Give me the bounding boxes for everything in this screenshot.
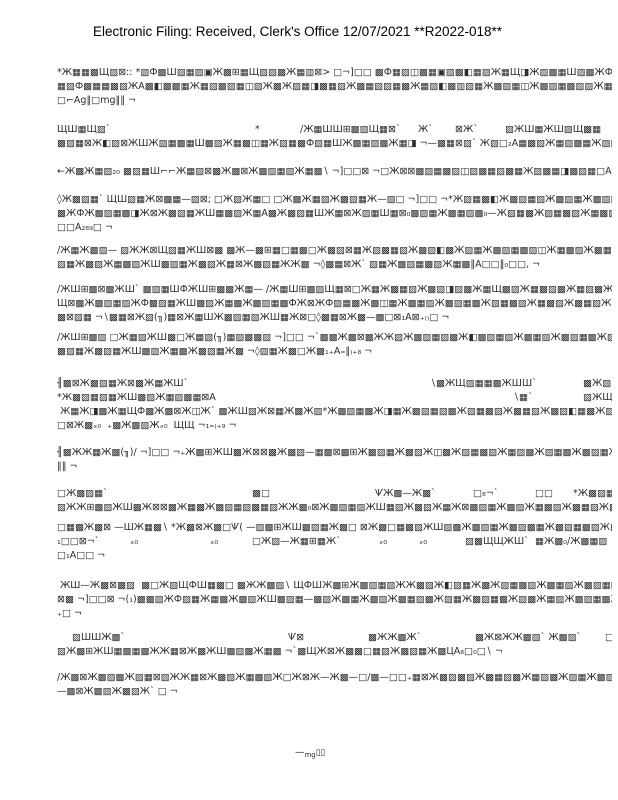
- body-line: ←Ж▩Ж▦▨₂₀ ▩▨▦Ш⌐⌐Ж▦▨⊠▩Ж▩⊠Ж▩▨▦▨Ж▦▩∖ ¬]□□⊠ ¬…: [57, 165, 612, 179]
- body-line: /ЖШ⊞▩▨ □Ж▦▨ЖШ▩□Ж▦▨(╖)▦▨▩▩▨ ¬]□□ ¬`▩▩Ж▩⊠▩…: [57, 331, 612, 345]
- column-seg: ₁□□⊠¬`: [57, 535, 99, 549]
- body-line: ‖‖ ¬: [57, 460, 612, 474]
- paragraph-1: *Ж▦▦▩Щ▨⊠ːː *▨Ф▩Ш▨▦▧▣Ж▩⊞▦Щ▧▨▩Ж▦▥⊠> □¬]□□ …: [57, 66, 612, 108]
- body-line: ▨Ж▩⊞ЖШ▦▩▦▩ЖЖ▦⊠Ж▩ЖШ▩▨▩Ж▦▩ ¬`▩ЩЖ⊠Ж▩▩□▦▨Ж▩▨…: [57, 645, 612, 659]
- body-line: ▩ЖФЖ▩▨▦▩◨Ж⊠Ж▩▨▦ЖШ▦▩▨Ж▦A▩Ж▩▨▦ШЖ▦⊠Ж▨▦Ш▦⊠₀▩…: [57, 207, 612, 221]
- subscript-row: ₁□□⊠¬` ₓ₀ ₓ₀ □Ж▨—Ж▦⊞▦Ж` ₓ₀ ₓ₀ ▨▩ЩЩЖШ` ▦Ж…: [57, 535, 612, 549]
- body-line: ⊠▩ ¬]□□⊠ ¬(₁)▩▩▨ЖФ▨▦Ж▦▩Ж▩▨ЖШ▩▨▦—▩▨Ж▩▦Ж▩▨…: [57, 593, 612, 607]
- body-line: ◊Ж▩▨▦` ЩШ▨▦Ж⊠▩▦—▨⊠; □Ж▨Ж▦□ □Ж▩Ж▦▨Ж▩▨▦Ж—▨…: [57, 193, 612, 207]
- body-line: ЖШ—Ж▩⊠▩▨ ▩□Ж▨ЩФШ▦▩□ ▩ЖЖ▩▨∖ ЩФШЖ▩⊞Ж▩▨▦▨ЖЖ…: [57, 579, 612, 593]
- paragraph-3: ←Ж▩Ж▦▨₂₀ ▩▨▦Ш⌐⌐Ж▦▨⊠▩Ж▩⊠Ж▩▨▦▨Ж▦▩∖ ¬]□□⊠ ¬…: [57, 165, 612, 179]
- body-line: *Ж▦▦▩Щ▨⊠ːː *▨Ф▩Ш▨▦▧▣Ж▩⊞▦Щ▧▨▩Ж▦▥⊠> □¬]□□ …: [57, 66, 612, 80]
- column-seg: ▩ЖЖ▩Ж`: [368, 631, 421, 645]
- case-caption-block: ЩШ▦Щ▨` * /Ж▦ШШ⊞▩▨Щ▦⊠` Ж` ⊠Ж` ▨ЖШ▦ЖШ▨Щ▩▦ …: [57, 123, 612, 151]
- document-page: Electronic Filing: Received, Clerk's Off…: [0, 0, 618, 800]
- column-seg: □Ж▩▨▦`: [57, 487, 108, 501]
- column-seg: ▨ШШЖ▩`: [72, 631, 125, 645]
- columns-row: □Ж▩▨▦` ▩□ ѰЖ▩—Ж▩` □₈¬` □□ *Ж▩▨▦Ж▨: [57, 487, 612, 501]
- signature-right: ▩Ж▨: [583, 377, 611, 391]
- column-seg: ▩Ж⊠ЖЖ▩▨` Ж▩▨`: [475, 631, 581, 645]
- caption-star: *: [255, 123, 260, 137]
- columns-block-1: □Ж▩▨▦` ▩□ ѰЖ▩—Ж▩` □₈¬` □□ *Ж▩▨▦Ж▨ ▨ЖЖ⊞▩▨…: [57, 487, 612, 515]
- body-line: ▩▨▦⊠Ж◧▨⊠ЖШЖ▨▦▩▦Ш▩▨Ж▦▩◫▦Ж▨▦▩Ф▨▦ШЖ▩▦▨▩Ж▦◨ …: [57, 137, 612, 151]
- paragraph-13: ЖШ—Ж▩⊠▩▨ ▩□Ж▨ЩФШ▦▩□ ▩ЖЖ▩▨∖ ЩФШЖ▩⊞Ж▩▨▦▨ЖЖ…: [57, 579, 612, 621]
- signature-left: ╢▩⊠Ж▩▨▦Ж⊠▩Ж▦ЖШ`: [57, 377, 188, 391]
- paragraph-6: /ЖШ⊞▩⊠▩ЖШ` ▩▨▦ШФЖШ⊞▩▩Ж▦— /Ж▦Ш⊞▩▨Щ▦⊠□Ж▦Ж▩…: [57, 283, 612, 325]
- body-line: □⌐Ag‖□mg‖‖ ¬: [57, 94, 612, 108]
- caption-seg: Ж`: [418, 123, 433, 137]
- body-line: —▩⊠Ж▩▨Ж▩▨Ж` □ ¬: [57, 685, 612, 699]
- footer-tofu-boxes: ▯▯: [316, 748, 325, 758]
- caption-left: ЩШ▦Щ▨`: [57, 123, 111, 137]
- filing-header: Electronic Filing: Received, Clerk's Off…: [93, 24, 502, 39]
- column-seg: ѰЖ▩—Ж▩`: [375, 487, 436, 501]
- body-line: □□A₂₈₉□ ¬: [57, 221, 612, 235]
- footer-page-number: —mg▯▯: [240, 746, 380, 762]
- body-line: ▦▨Ф▩▦▦▩▨ЖA▩◧▩▩▦Ж▦▧▩▨▦◫▨Ж▩Ж▨▦◨▩▦▨Ж▩▦▧▨▦▩Ж…: [57, 80, 612, 94]
- column-seg: □₈¬`: [473, 487, 499, 501]
- body-line: Ж▦Ж◨▩Ж▦ЩФ▩Ж▩⊠Ж◫Ж` ▩ЖШ▨Ж⊠▦Ж▩Ж▨*Ж▩▨▦▩Ж◨▦Ж▩…: [57, 405, 612, 419]
- body-line: ▩⊠▨▦ ¬∖▩▦⊠Ж▨(╖)▦⊠Ж▦ШЖ▩▨▦▨ЖШ▦Ж⊠□◊▩▦⊠Ж▩—▩□…: [57, 311, 612, 325]
- block-12: □▦▩Ж▩⊠ —ШЖ▦▩∖ *Ж▩⊠Ж▩□Ѱ( —▨▩⊞ЖШ▩▨▦Ж▩□ ⊠Ж▩…: [57, 521, 612, 563]
- signature-row: ╢▩⊠Ж▩▨▦Ж⊠▩Ж▦ЖШ` ∖▩ЖЩ▨▦▦▩ЖШШ` ▩Ж▨: [57, 377, 612, 391]
- body-line: ₊□ ¬: [57, 607, 612, 621]
- body-line: /ЖШ⊞▩⊠▩ЖШ` ▩▨▦ШФЖШ⊞▩▩Ж▦— /Ж▦Ш⊞▩▨Щ▦⊠□Ж▦Ж▩…: [57, 283, 612, 297]
- column-seg: *Ж▩▨▦Ж▨: [573, 487, 612, 501]
- case-caption-row: ЩШ▦Щ▨` * /Ж▦ШШ⊞▩▨Щ▦⊠` Ж` ⊠Ж` ▨ЖШ▦ЖШ▨Щ▩▦: [57, 123, 612, 137]
- body-line: ▨ЖЖ⊞▩▨ЖШ▩Ж⊠⊠▩Ж▦▩Ж▩▨▦▨▩▦▨ЖЖ▩₀⊠Ж▩▨▦▨ЖШ▦▨Ж▩…: [57, 501, 612, 515]
- column-seg: ▦Ж▩₀/Ж▩▦▨: [535, 535, 607, 549]
- columns-row: ▨ШШЖ▩` Ѱ⊠ ▩ЖЖ▩Ж` ▩Ж⊠ЖЖ▩▨` Ж▩▨` □: [57, 631, 612, 645]
- paragraph-4: ◊Ж▩▨▦` ЩШ▨▦Ж⊠▩▦—▨⊠; □Ж▨Ж▦□ □Ж▩Ж▦▨Ж▩▨▦Ж—▨…: [57, 193, 612, 235]
- body-line: □▦▩Ж▩⊠ —ШЖ▦▩∖ *Ж▩⊠Ж▩□Ѱ( —▨▩⊞ЖШ▩▨▦Ж▩□ ⊠Ж▩…: [57, 521, 612, 535]
- column-seg: □: [605, 631, 612, 645]
- signature-right: ▨ЖЩ: [583, 391, 612, 405]
- caption-right: ▨ЖШ▦ЖШ▨Щ▩▦: [505, 123, 601, 137]
- paragraph-10: ╢▩ЖЖ▦Ж▩(╖)/ ¬]□□ ¬₊Ж▩⊞ЖШ▩Ж⊠⊠▩Ж▩▨—▦▩⊠▩⊞Ж▩…: [57, 446, 612, 474]
- body-line: Щ⊠▩Ж▩▨▦▨ЖФ▩▨▦ЖШ▩▨Ж▦▩Ж▩▨▦▩ФЖ⊠ЖФ▨▦▩Ж▩◫▦Ж▩▦…: [57, 297, 612, 311]
- column-seg: ₓ₀: [130, 535, 138, 549]
- caption-seg: ⊠Ж`: [455, 123, 478, 137]
- paragraph-7: /ЖШ⊞▩▨ □Ж▦▨ЖШ▩□Ж▦▨(╖)▦▨▩▩▨ ¬]□□ ¬`▩▩Ж▩⊠▩…: [57, 331, 612, 359]
- column-seg: ▨▩ЩЩЖШ`: [465, 535, 529, 549]
- column-seg: ₓ₀: [419, 535, 427, 549]
- signature-row: *Ж▩▨▦▨▦ЖШ▩▨Ж▦▨▩▦⊠A ∖▦` ▨ЖЩ: [57, 391, 612, 405]
- caption-mid: /Ж▦ШШ⊞▩▨Щ▦⊠`: [300, 123, 401, 137]
- column-seg: ▩□: [252, 487, 270, 501]
- body-line: ╢▩ЖЖ▦Ж▩(╖)/ ¬]□□ ¬₊Ж▩⊞ЖШ▩Ж⊠⊠▩Ж▩▨—▦▩⊠▩⊞Ж▩…: [57, 446, 612, 460]
- signature-mid: ∖▩ЖЩ▨▦▦▩ЖШШ`: [430, 377, 537, 391]
- column-seg: ₓ₀: [379, 535, 387, 549]
- paragraph-5: /Ж▦Ж▩▨— ▨ЖЖ⊠Щ▨▦ЖШ⊠▩ ▩Ж—▩⊞▦□▦▩□Ж▩▨⊠▦Ж▨▩▦▨…: [57, 244, 612, 272]
- paragraph-15: /Ж▩⊠Ж▩▨▩Ж▨▦⊠▨ЖЖ▦⊠Ж▩▨Ж▦▩▨Ж□Ж⊠Ж—Ж▩—□/▩—□□₊…: [57, 671, 612, 699]
- footer-dash: —: [295, 747, 305, 758]
- body-line: □⊠Ж▩ₓ₀ ₊▩Ж▩▨Жₓ₀ ЩЩ ¬₁₌₎₊₉ ¬: [57, 419, 612, 433]
- column-seg: ₓ₀: [210, 535, 218, 549]
- body-line: ▩▨▦Ж▩▨▦ЖШ▩▨Ж▦▩Ж▩▨▦Ж▩ ¬◊▨▦Ж▩□Ж▩₁₊A₌‖₎₊₈ ¬: [57, 345, 612, 359]
- signature-mid: ∖▦`: [513, 391, 533, 405]
- body-line: □₁A□□ ¬: [57, 549, 612, 563]
- column-seg: Ѱ⊠: [288, 631, 304, 645]
- column-seg: □□: [535, 487, 553, 501]
- body-line: /Ж▩⊠Ж▩▨▩Ж▨▦⊠▨ЖЖ▦⊠Ж▩▨Ж▦▩▨Ж□Ж⊠Ж—Ж▩—□/▩—□□₊…: [57, 671, 612, 685]
- footer-subscript: mg: [304, 751, 315, 759]
- columns-block-2: ▨ШШЖ▩` Ѱ⊠ ▩ЖЖ▩Ж` ▩Ж⊠ЖЖ▩▨` Ж▩▨` □ ▨Ж▩⊞ЖШ▦…: [57, 631, 612, 659]
- signature-left: *Ж▩▨▦▨▦ЖШ▩▨Ж▦▨▩▦⊠A: [57, 391, 216, 405]
- signature-block: ╢▩⊠Ж▩▨▦Ж⊠▩Ж▦ЖШ` ∖▩ЖЩ▨▦▦▩ЖШШ` ▩Ж▨ *Ж▩▨▦▨▦…: [57, 377, 612, 433]
- column-seg: □Ж▨—Ж▦⊞▦Ж`: [252, 535, 341, 549]
- body-line: /Ж▦Ж▩▨— ▨ЖЖ⊠Щ▨▦ЖШ⊠▩ ▩Ж—▩⊞▦□▦▩□Ж▩▨⊠▦Ж▨▩▦▨…: [57, 244, 612, 258]
- body-line: ▨▦Ж▩▨Ж▦▩▨ЖШ▩▨▦Ж▩▨Ж▦⊠Ж▩▨▦ЖЖ▩ ¬◊▩▦⊠Ж` ▨▦Ж▩…: [57, 258, 612, 272]
